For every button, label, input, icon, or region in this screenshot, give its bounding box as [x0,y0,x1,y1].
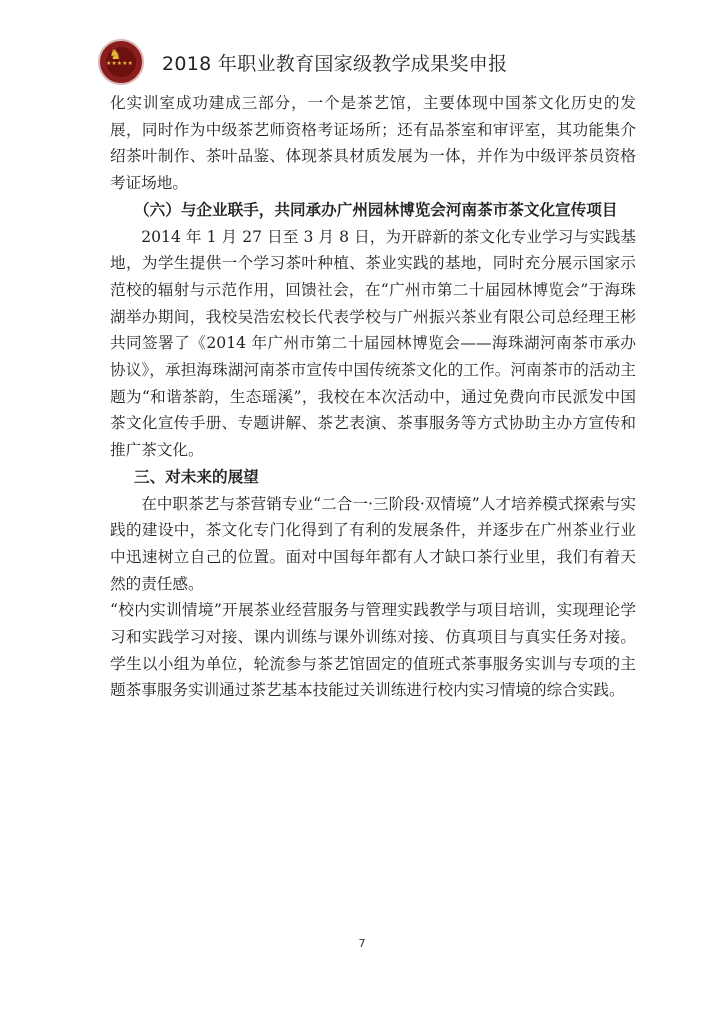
section-heading-3: 三、对未来的展望 [110,464,636,491]
paragraph: “校内实训情境”开展茶业经营服务与管理实践教学与项目培训，实现理论学习和实践学习… [110,597,636,704]
paragraph: 在中职茶艺与茶营销专业“二合一·三阶段·双情境”人才培养模式探索与实践的建设中，… [110,491,636,598]
stars-icon: ★★★★★ [106,60,133,67]
paragraph: 2014 年 1 月 27 日至 3 月 8 日，为开辟新的茶文化专业学习与实践… [110,224,636,464]
paragraph-continued: 化实训室成功建成三部分，一个是茶艺馆，主要体现中国茶文化历史的发展，同时作为中级… [110,90,636,197]
section-heading-6: （六）与企业联手，共同承办广州园林博览会河南茶市茶文化宣传项目 [110,197,636,224]
page-number: 7 [0,937,724,950]
school-emblem-icon: ♞ ★★★★★ [98,39,144,85]
document-body: 化实训室成功建成三部分，一个是茶艺馆，主要体现中国茶文化历史的发展，同时作为中级… [110,90,636,704]
page-header: ♞ ★★★★★ 2018 年职业教育国家级教学成果奖申报 [98,39,618,89]
document-title: 2018 年职业教育国家级教学成果奖申报 [162,49,507,76]
